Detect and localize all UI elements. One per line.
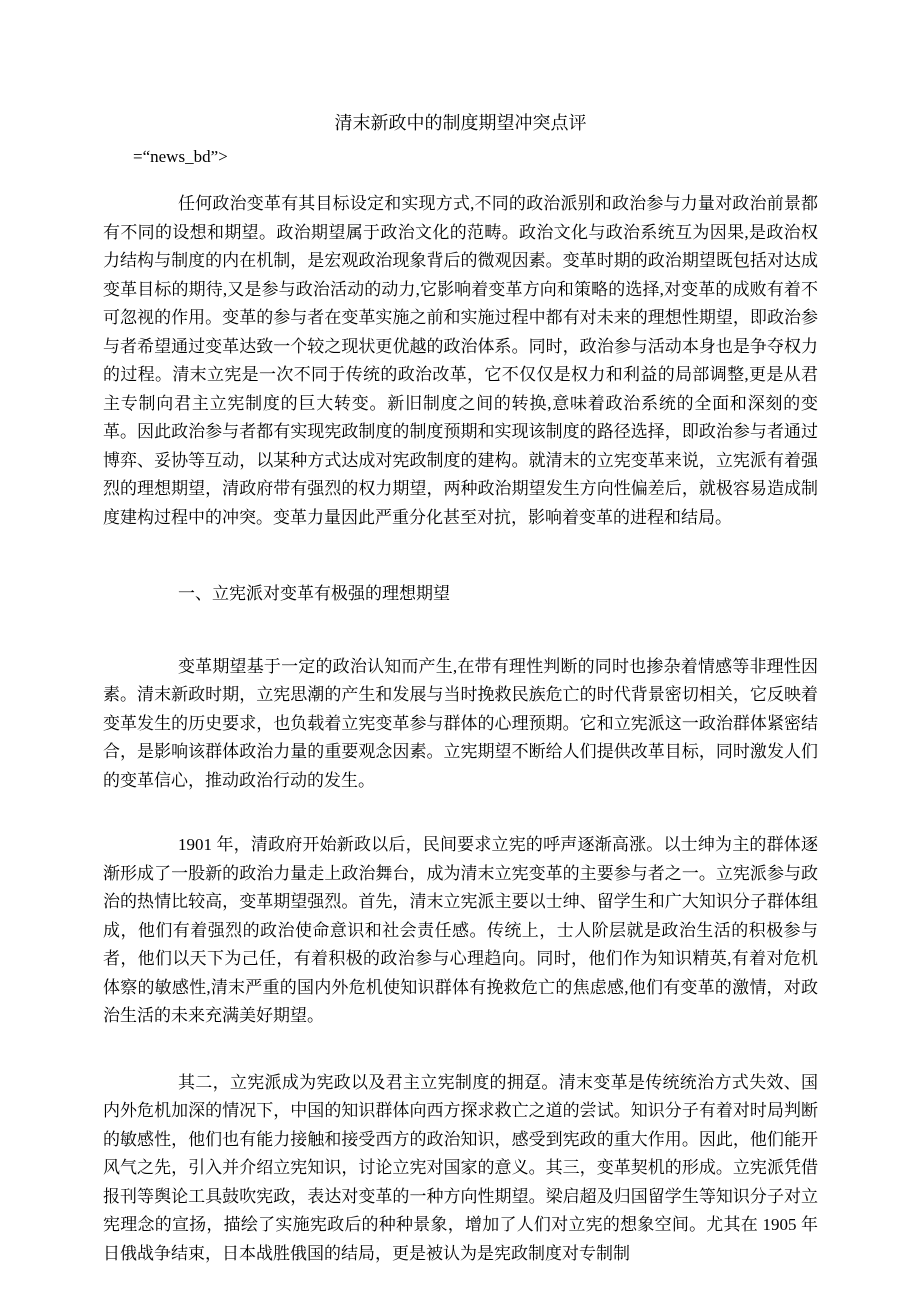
intro-paragraph: 任何政治变革有其目标设定和实现方式,不同的政治派别和政治参与力量对政治前景都有不… <box>103 190 818 532</box>
section-1-heading: 一、立宪派对变革有极强的理想期望 <box>178 580 818 609</box>
section-1-paragraph-2: 1901 年，清政府开始新政以后，民间要求立宪的呼声逐渐高涨。以士绅为主的群体逐… <box>103 831 818 1031</box>
document-title: 清末新政中的制度期望冲突点评 <box>103 110 818 136</box>
section-1-paragraph-3: 其二，立宪派成为宪政以及君主立宪制度的拥趸。清末变革是传统统治方式失效、国内外危… <box>103 1069 818 1269</box>
document-page: 清末新政中的制度期望冲突点评 =“news_bd”> 任何政治变革有其目标设定和… <box>0 0 920 1302</box>
meta-markup-line: =“news_bd”> <box>133 144 818 170</box>
section-1-paragraph-1: 变革期望基于一定的政治认知而产生,在带有理性判断的同时也掺杂着情感等非理性因素。… <box>103 653 818 796</box>
